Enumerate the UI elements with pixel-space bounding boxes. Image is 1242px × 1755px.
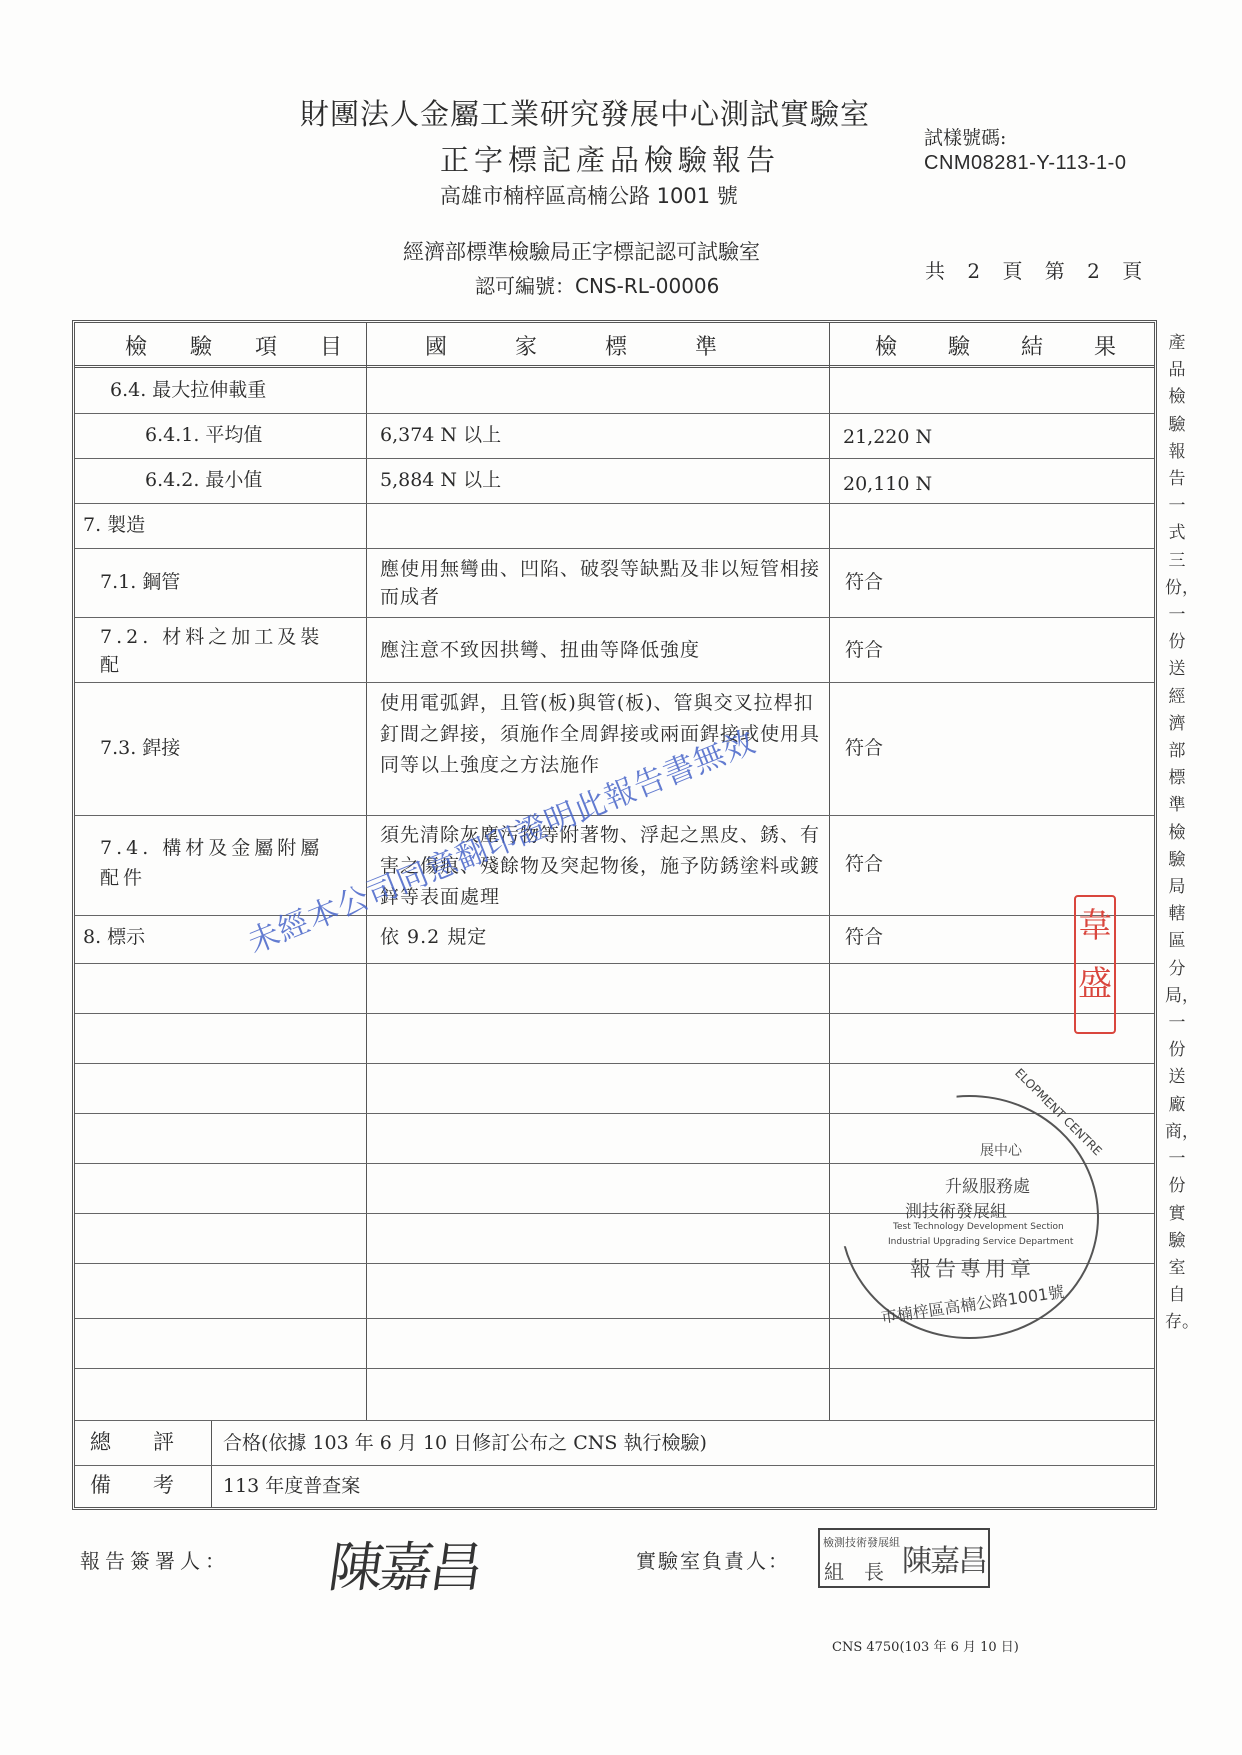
row-divider	[75, 413, 1154, 414]
standard-7-1: 應使用無彎曲、凹陷、破裂等缺點及非以短管相接而成者	[380, 555, 820, 611]
remarks-value: 113 年度普查案	[223, 1472, 360, 1501]
summary-value: 合格(依據 103 年 6 月 10 日修訂公布之 CNS 執行檢驗)	[223, 1429, 707, 1458]
form-code: CNS 4750(103 年 6 月 10 日)	[832, 1636, 1019, 1655]
row-divider	[75, 503, 1154, 504]
standard-8: 依 9.2 規定	[380, 923, 487, 951]
item-7-1: 7.1. 鋼管	[100, 568, 180, 597]
remarks-label: 備 考	[90, 1471, 174, 1500]
sample-number: CNM08281-Y-113-1-0	[924, 152, 1126, 175]
red-seal-stamp: 韋盛	[1074, 895, 1116, 1034]
sample-number-label: 試樣號碼:	[924, 123, 1006, 150]
row-divider	[75, 458, 1154, 459]
lab-head-stamp-unit: 檢測技術發展組	[823, 1534, 900, 1550]
lab-head-label: 實驗室負責人：	[636, 1545, 790, 1574]
standard-7-3: 使用電弧銲，且管(板)與管(板)、管與交叉拉桿扣釘間之銲接，須施作全周銲接或兩面…	[380, 688, 820, 781]
item-7: 7. 製造	[83, 511, 145, 540]
report-title: 正字標記產品檢驗報告	[440, 138, 780, 179]
result-7-2: 符合	[845, 636, 883, 665]
standard-6-4-1: 6,374 N 以上	[380, 421, 501, 450]
accreditation-number: 認可編號：CNS-RL-00006	[475, 270, 719, 299]
result-6-4-1: 21,220 N	[843, 423, 932, 452]
column-divider	[211, 1420, 212, 1508]
round-stamp-line6: 報告專用章	[910, 1253, 1035, 1283]
row-divider	[75, 1420, 1154, 1421]
round-stamp-line4: Test Technology Development Section	[893, 1222, 1064, 1232]
round-stamp-line5: Industrial Upgrading Service Department	[888, 1237, 1073, 1247]
header-divider	[75, 365, 1154, 368]
item-8: 8. 標示	[83, 923, 145, 952]
item-7-2: 7.2. 材料之加工及裝配	[100, 623, 340, 679]
report-signer-label: 報告簽署人：	[80, 1545, 230, 1574]
item-7-4: 7.4. 構材及金屬附屬配件	[100, 833, 345, 893]
result-7-3: 符合	[845, 734, 883, 763]
lab-head-stamp-title: 組 長	[824, 1556, 884, 1585]
row-divider	[75, 1368, 1154, 1369]
row-divider	[75, 1465, 1154, 1466]
round-stamp-line2: 升級服務處	[945, 1172, 1030, 1197]
distribution-note: 產品檢驗報告一式三份，一份送經濟部標準檢驗局轄區分局，一份送廠商，一份實驗室自存…	[1165, 330, 1189, 1337]
row-divider	[75, 915, 1154, 916]
column-divider	[829, 323, 830, 1420]
row-divider	[75, 1013, 1154, 1014]
row-divider	[75, 548, 1154, 549]
page-indicator: 共 2 頁 第 2 頁	[925, 255, 1142, 284]
result-8: 符合	[845, 923, 883, 952]
org-title: 財團法人金屬工業研究發展中心測試實驗室	[300, 92, 870, 133]
lab-head-stamp: 檢測技術發展組 組 長 陳嘉昌	[818, 1528, 990, 1588]
accreditation-body: 經濟部標準檢驗局正字標記認可試驗室	[403, 236, 760, 266]
org-address: 高雄市楠梓區高楠公路 1001 號	[440, 180, 738, 210]
summary-label: 總 評	[90, 1428, 174, 1457]
item-6-4-2: 6.4.2. 最小值	[145, 466, 262, 495]
result-7-1: 符合	[845, 568, 883, 597]
row-divider	[75, 963, 1154, 964]
result-7-4: 符合	[845, 850, 883, 879]
result-6-4-2: 20,110 N	[843, 470, 932, 499]
item-6-4-1: 6.4.1. 平均值	[145, 421, 262, 450]
item-6-4: 6.4. 最大拉伸載重	[110, 376, 266, 405]
standard-7-2: 應注意不致因拱彎、扭曲等降低強度	[380, 636, 700, 664]
round-stamp-line1: 展中心	[980, 1140, 1022, 1160]
row-divider	[75, 1063, 1154, 1064]
column-header-result: 檢 驗 結 果	[875, 333, 1138, 362]
row-divider	[75, 617, 1154, 618]
item-7-3: 7.3. 銲接	[100, 734, 180, 763]
lab-head-stamp-name: 陳嘉昌	[902, 1536, 986, 1580]
column-header-item: 檢 驗 項 目	[125, 333, 360, 362]
row-divider	[75, 682, 1154, 683]
signer-signature: 陳嘉昌	[325, 1525, 486, 1602]
standard-6-4-2: 5,884 N 以上	[380, 466, 501, 495]
round-stamp-line3: 測技術發展組	[905, 1197, 1007, 1222]
